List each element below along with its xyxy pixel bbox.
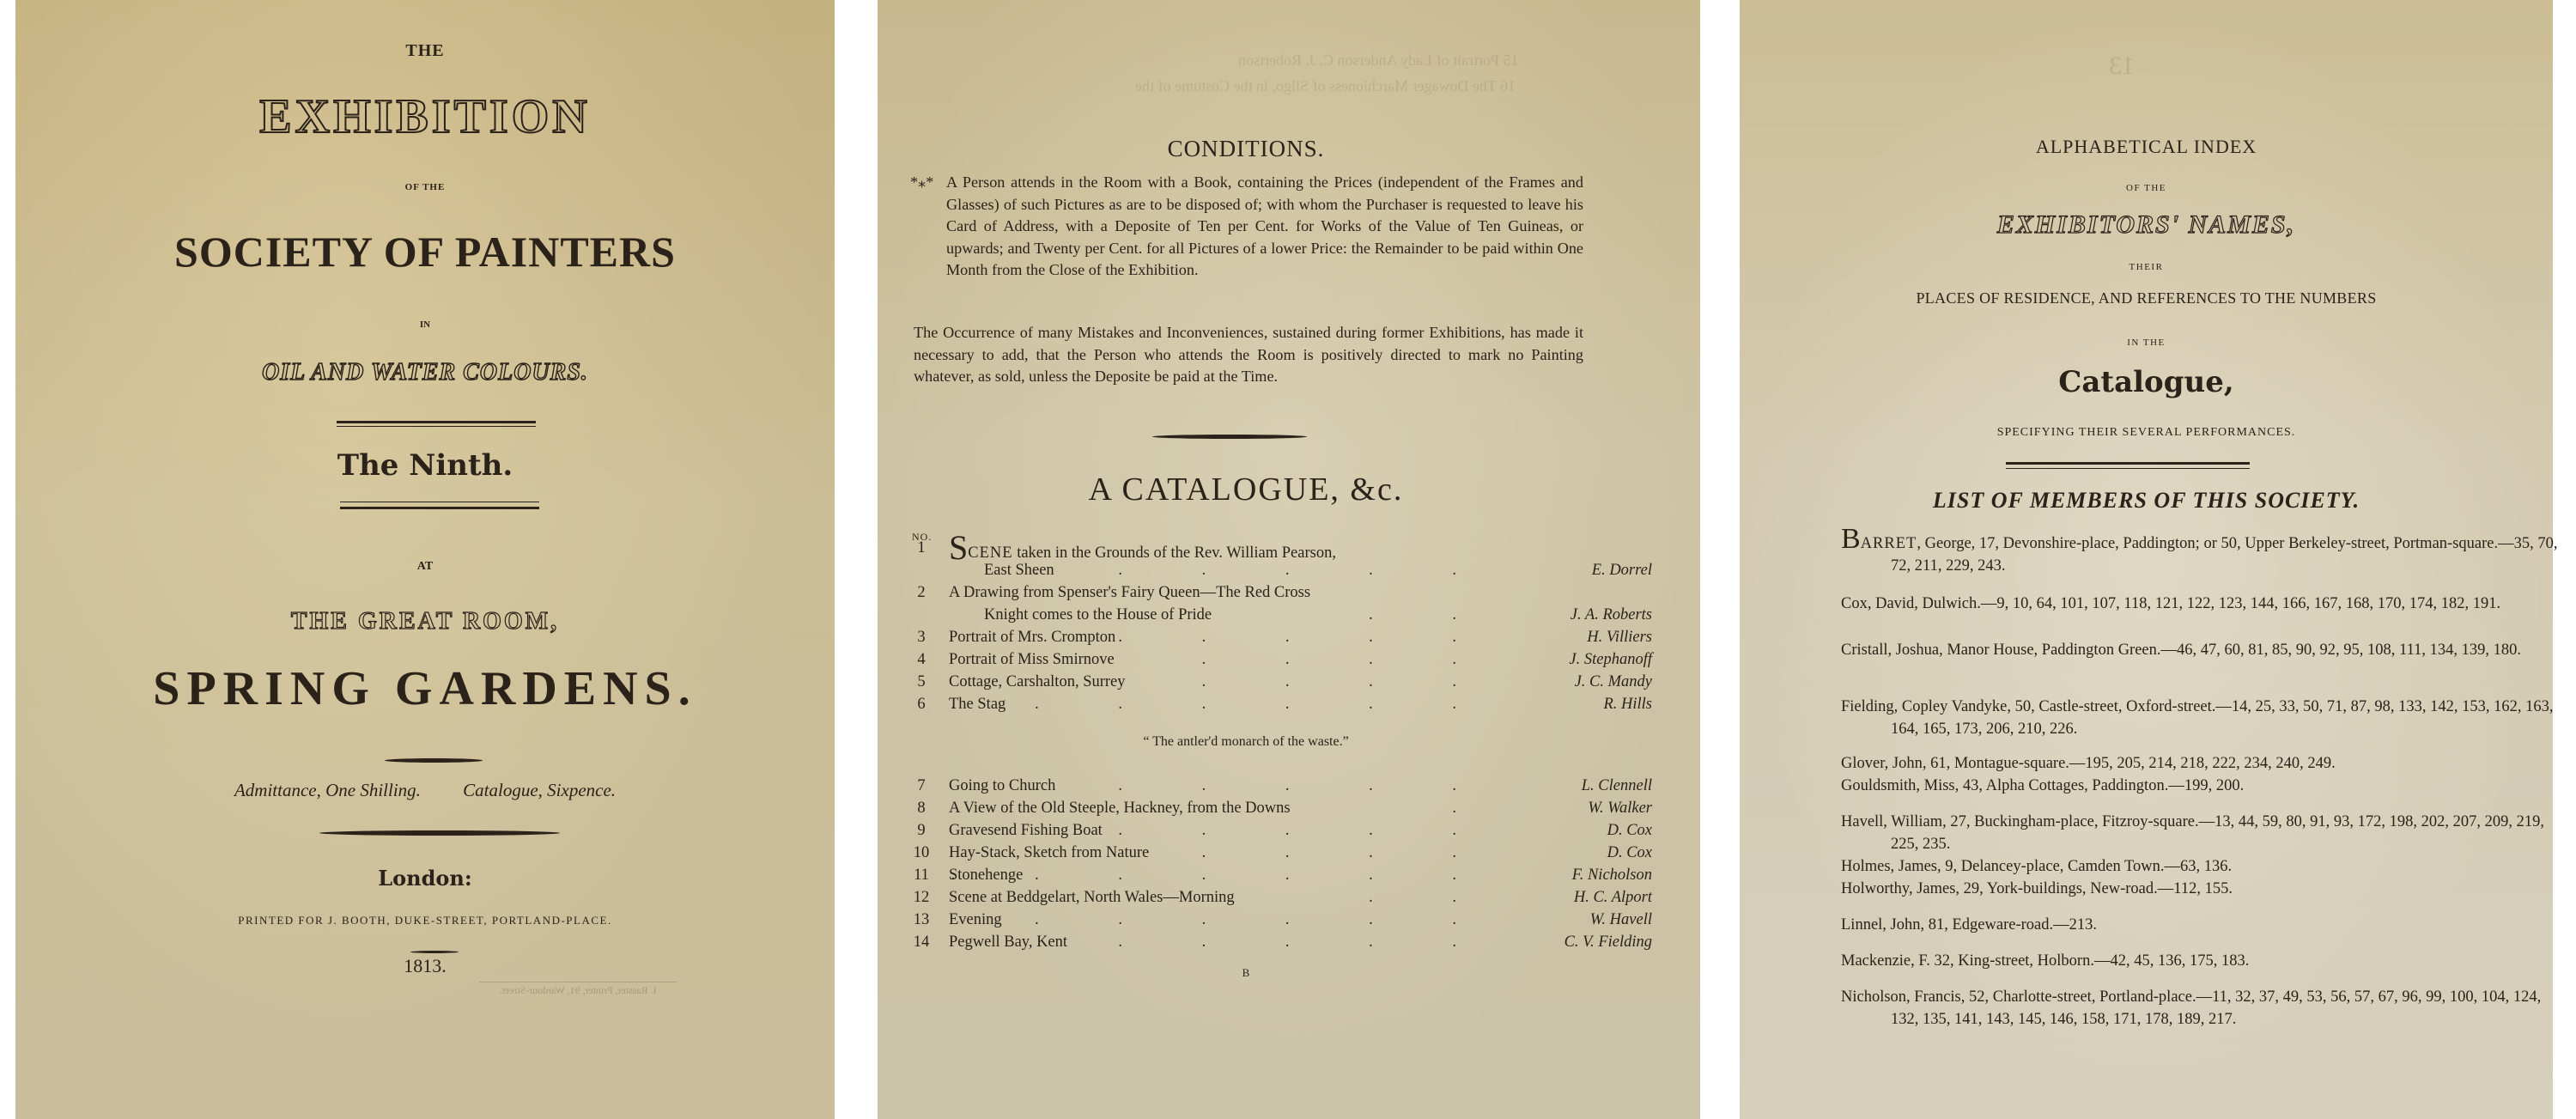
catalogue-price: Catalogue, Sixpence. [463, 780, 616, 800]
double-rule-bottom-thin [340, 502, 539, 502]
member-entry: Holmes, James, 9, Delancey-place, Camden… [1841, 855, 2561, 878]
artist-name: H. Villiers [1587, 629, 1652, 647]
artist-name: F. Nicholson [1572, 867, 1652, 885]
venue-spring-gardens: SPRING GARDENS. [15, 661, 835, 716]
catalogue-entry: 3 Portrait of Mrs. Crompton . . . . . H.… [878, 629, 1700, 651]
title-in: IN [15, 319, 835, 330]
artist-name: J. C. Mandy [1575, 673, 1652, 691]
member-entry: Holworthy, James, 29, York-buildings, Ne… [1841, 878, 2561, 900]
bleed-through-line: 16 The Dowager Marchioness of Sligo, in … [1135, 77, 1516, 95]
artist-name: L. Clennell [1582, 777, 1652, 795]
catalogue-heading: A CATALOGUE, &c. [878, 471, 1614, 508]
condition-paragraph-2: The Occurrence of many Mistakes and Inco… [878, 322, 1583, 388]
catalogue-entry: 6 The Stag . . . . . . . R. Hills [878, 696, 1700, 718]
double-rule-top [337, 421, 536, 423]
ornamental-swell-rule [385, 758, 483, 763]
title-exhibition: EXHIBITION [15, 89, 835, 144]
signature-mark: B [878, 966, 1614, 980]
conditions-heading: CONDITIONS. [878, 136, 1614, 162]
artist-name: E. Dorrel [1592, 562, 1652, 580]
imprint-city: London: [15, 866, 835, 891]
index-in-the: IN THE [1740, 338, 2553, 348]
venue-at: AT [15, 560, 835, 574]
member-entry: BARRET, George, 17, Devonshire-place, Pa… [1841, 531, 2561, 577]
catalogue-entry: 2 A Drawing from Spenser's Fairy Queen—T… [878, 584, 1700, 606]
prices-line: Admittance, One Shilling. Catalogue, Six… [15, 780, 835, 801]
artist-name: R. Hills [1603, 696, 1652, 714]
index-of-the: OF THE [1740, 183, 2553, 193]
ornamental-swell-rule-small [410, 951, 459, 953]
catalogue-entry: 14 Pegwell Bay, Kent . . . . . C. V. Fie… [878, 934, 1700, 956]
double-rule-bottom [340, 507, 539, 509]
bleed-through-page-number: 13 [2109, 52, 2135, 81]
venue-great-room: THE GREAT ROOM, [15, 608, 835, 636]
ornamental-swell-rule [1152, 435, 1307, 439]
member-entry: Fielding, Copley Vandyke, 50, Castle-str… [1841, 696, 2561, 740]
double-rule [2006, 462, 2250, 465]
catalogue-entry: 10 Hay-Stack, Sketch from Nature . . . .… [878, 844, 1700, 867]
asterism-icon: *⁎* [910, 172, 946, 194]
member-entry: Cristall, Joshua, Manor House, Paddingto… [1841, 639, 2561, 661]
index-page: 13 ALPHABETICAL INDEX OF THE EXHIBITORS'… [1740, 0, 2553, 1119]
catalogue-entry: 13 Evening . . . . . . W. Havell [878, 911, 1700, 934]
index-their: THEIR [1740, 262, 2553, 272]
member-entry: Mackenzie, F. 32, King-street, Holborn.—… [1841, 950, 2561, 972]
admittance-price: Admittance, One Shilling. [234, 780, 421, 800]
catalogue-entry: 5 Cottage, Carshalton, Surrey . . . . J.… [878, 673, 1700, 696]
catalogue-entry: 12 Scene at Beddgelart, North Wales—Morn… [878, 889, 1700, 911]
title-of-the: OF THE [15, 182, 835, 192]
member-entry: Havell, William, 27, Buckingham-place, F… [1841, 811, 2561, 855]
double-rule-top-thin [337, 426, 536, 427]
artist-name: W. Havell [1590, 911, 1652, 929]
member-entry: Glover, John, 61, Montague-square.—195, … [1841, 752, 2561, 775]
catalogue-entry-continued: Knight comes to the House of Pride . . J… [878, 606, 1700, 629]
imprint-year: 1813. [15, 955, 835, 977]
catalogue-entry: 9 Gravesend Fishing Boat . . . . . D. Co… [878, 822, 1700, 844]
edition-label: The Ninth. [15, 448, 835, 483]
catalogue-entry: 7 Going to Church . . . . . . L. Clennel… [878, 777, 1700, 800]
imprint-printed-for: PRINTED FOR J. BOOTH, DUKE-STREET, PORTL… [15, 914, 835, 927]
artist-name: D. Cox [1607, 844, 1652, 862]
artist-name: W. Walker [1588, 800, 1652, 818]
artist-name: J. Stephanoff [1569, 651, 1652, 669]
ornamental-swell-rule-long [319, 830, 560, 836]
title-oil-water-colours: OIL AND WATER COLOURS. [15, 359, 835, 386]
members-list-heading: LIST OF MEMBERS OF THIS SOCIETY. [1740, 488, 2553, 514]
member-entry: Linnel, John, 81, Edgeware-road.—213. [1841, 914, 2561, 936]
artist-name: D. Cox [1607, 822, 1652, 840]
index-specifying: SPECIFYING THEIR SEVERAL PERFORMANCES. [1740, 426, 2553, 440]
catalogue-page: 15 Portrait of Lady Anderson C. J. Rober… [878, 0, 1700, 1119]
title-the: THE [15, 41, 835, 61]
entry-epigraph: “ The antler'd monarch of the waste.” [878, 734, 1614, 750]
catalogue-entry: 4 Portrait of Miss Smirnove . . . . J. S… [878, 651, 1700, 673]
condition-paragraph-1: *⁎*A Person attends in the Room with a B… [910, 172, 1583, 282]
member-entry: Nicholson, Francis, 52, Charlotte-street… [1841, 986, 2561, 1031]
title-society: SOCIETY OF PAINTERS [15, 227, 835, 277]
artist-name: C. V. Fielding [1564, 934, 1652, 952]
title-page: THE EXHIBITION OF THE SOCIETY OF PAINTER… [15, 0, 835, 1119]
faint-printer-bleed-through: I. Rasster, Printer, 91, Wardour-Street. [479, 982, 677, 997]
member-entry: Gouldsmith, Miss, 43, Alpha Cottages, Pa… [1841, 775, 2561, 797]
artist-name: H. C. Alport [1574, 889, 1652, 907]
index-exhibitors-names: EXHIBITORS' NAMES, [1740, 210, 2553, 240]
bleed-through-line: 15 Portrait of Lady Anderson C. J. Rober… [1238, 52, 1518, 70]
double-rule-thin [2006, 468, 2250, 469]
index-places-line: PLACES OF RESIDENCE, AND REFERENCES TO T… [1740, 289, 2553, 307]
catalogue-entry: 1 SCENE taken in the Grounds of the Rev.… [878, 539, 1700, 562]
index-heading: ALPHABETICAL INDEX [1740, 136, 2553, 158]
member-entry: Cox, David, Dulwich.—9, 10, 64, 101, 107… [1841, 593, 2561, 615]
catalogue-entry-continued: East Sheen . . . . . . E. Dorrel [878, 562, 1700, 584]
artist-name: J. A. Roberts [1571, 606, 1652, 624]
index-catalogue: Catalogue, [1740, 365, 2553, 399]
catalogue-entry: 8 A View of the Old Steeple, Hackney, fr… [878, 800, 1700, 822]
catalogue-entry: 11 Stonehenge . . . . . . . F. Nicholson [878, 867, 1700, 889]
